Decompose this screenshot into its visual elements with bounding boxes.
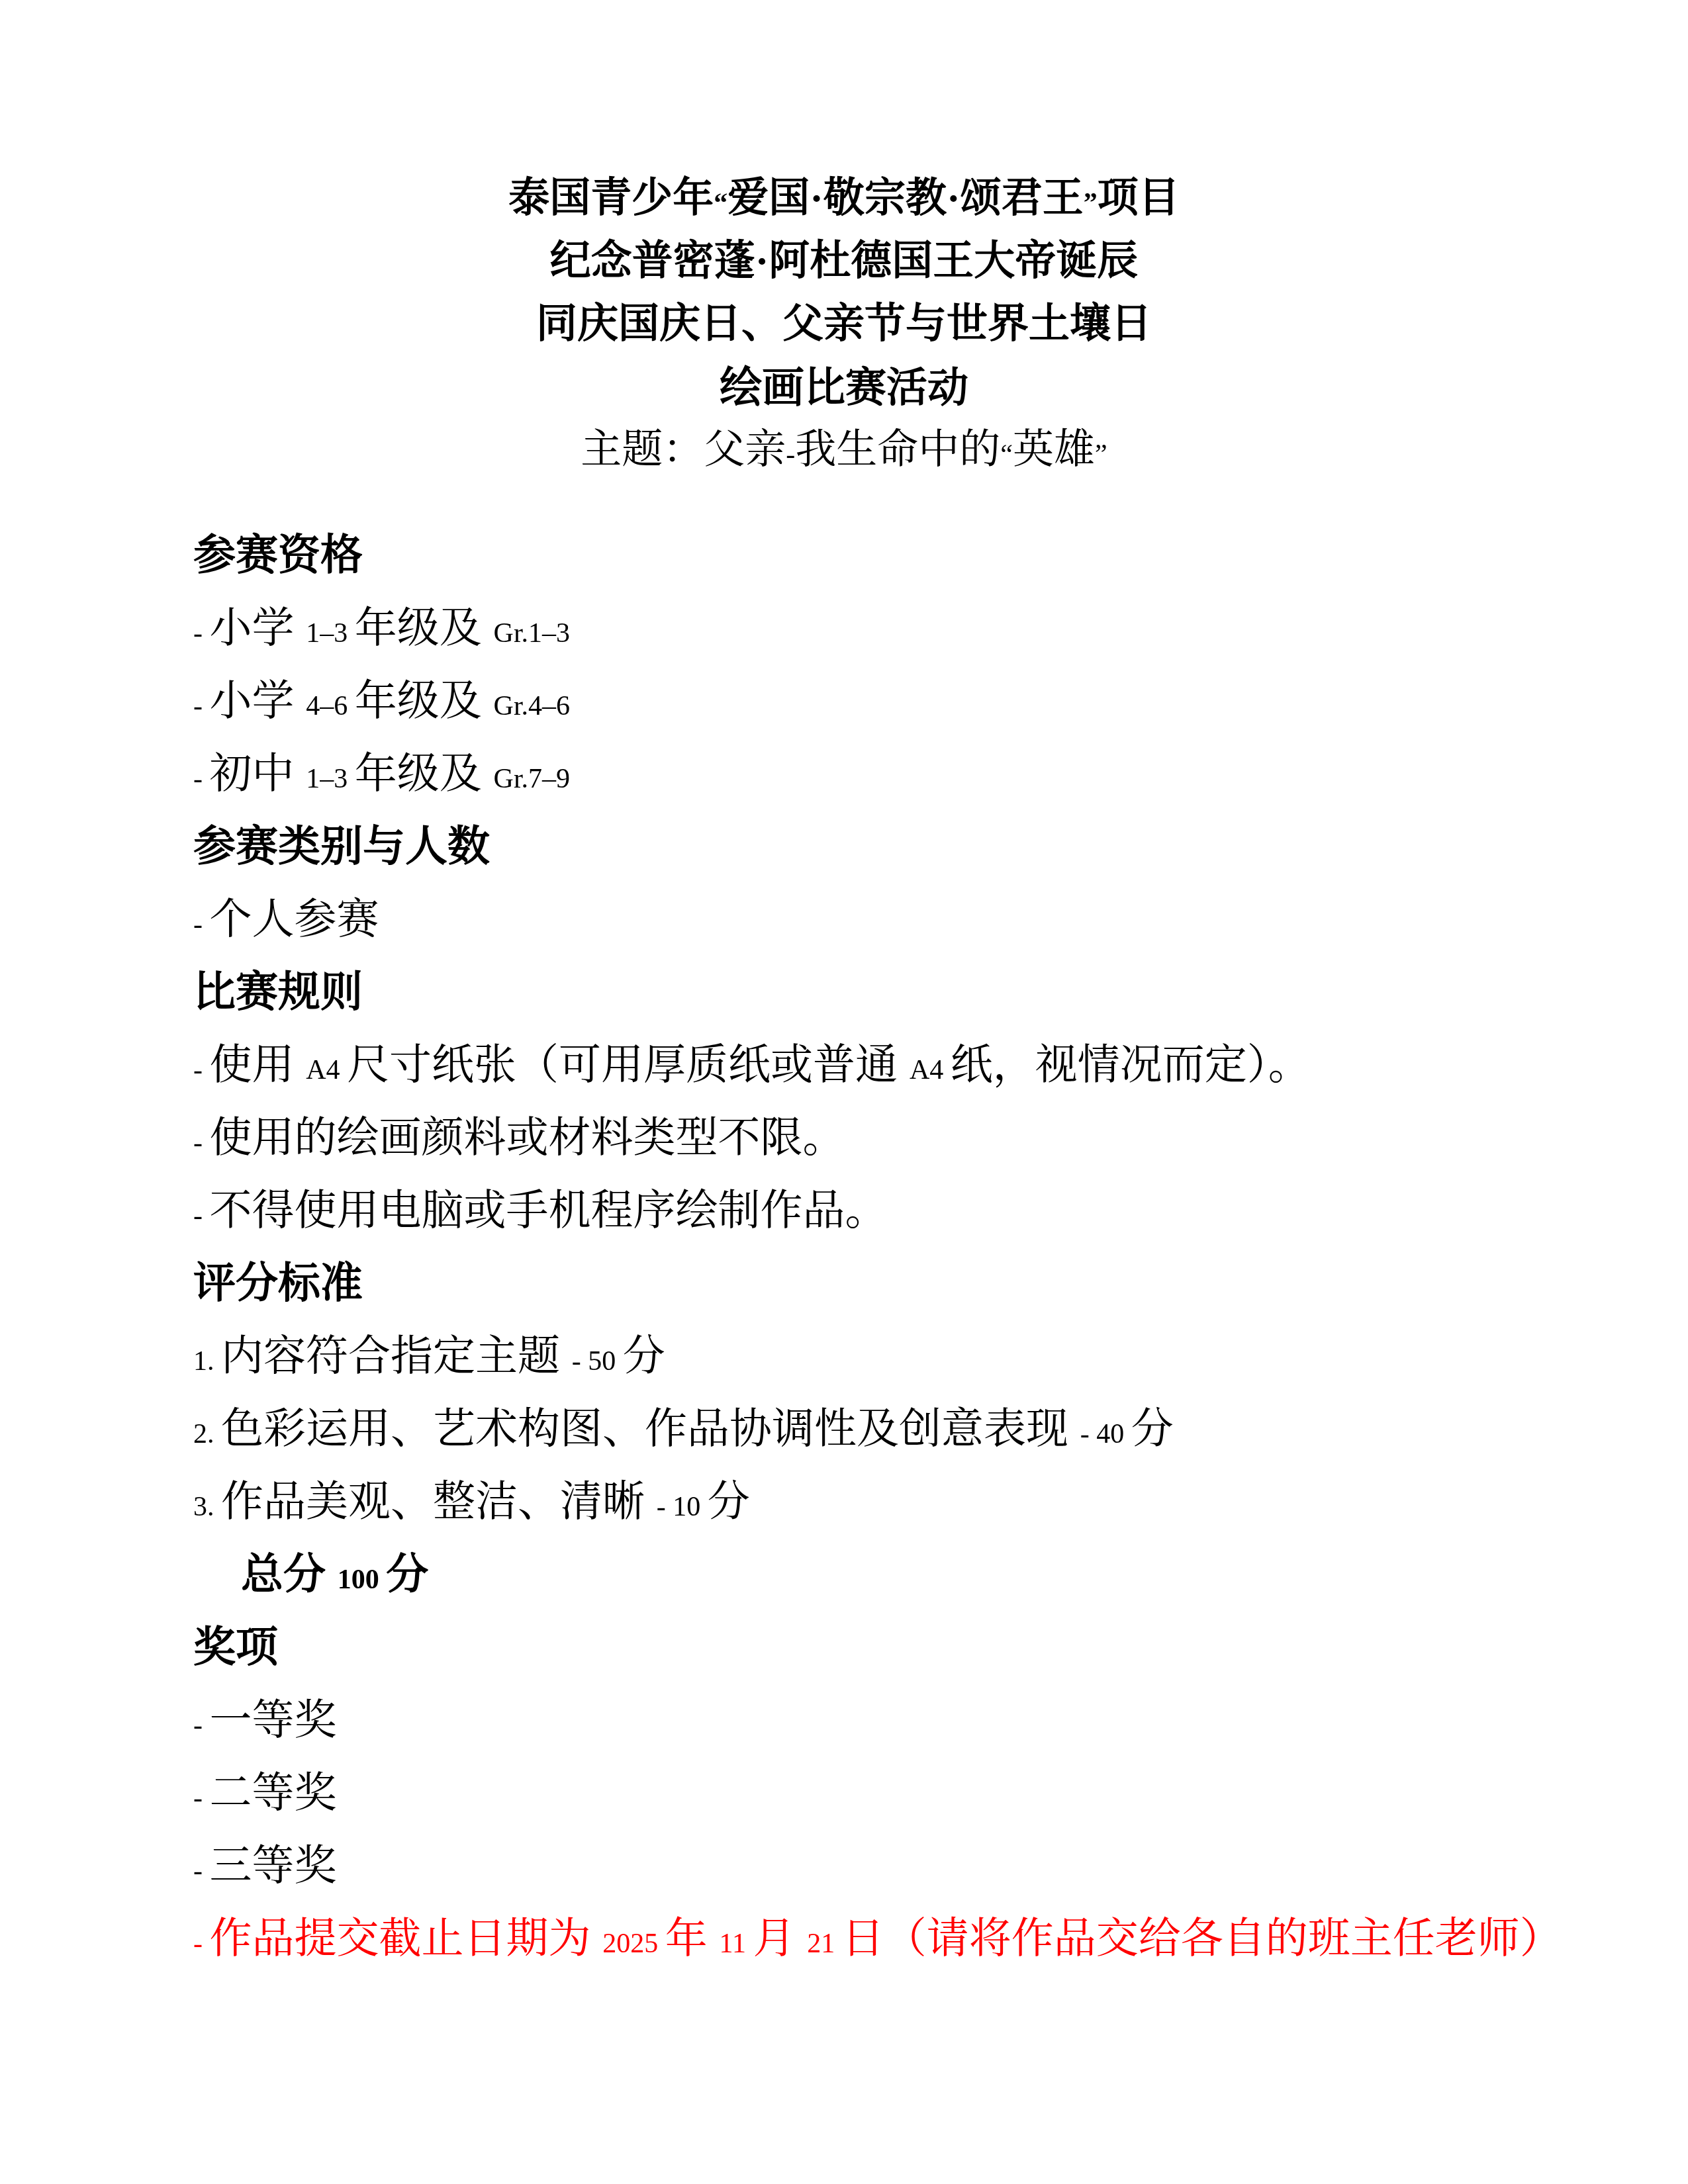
text-segment: 年级及 [355,749,494,797]
text-segment: 色彩运用、艺术构图、作品协调性及创意表现 [221,1404,1080,1452]
heading-category: 参赛类别与人数 [193,809,1529,882]
document-body: 参赛资格- 小学 1–3 年级及 Gr.1–3- 小学 4–6 年级及 Gr.4… [0,518,1688,1974]
deadline-notice: - 作品提交截止日期为 2025 年 11 月 21 日（请将作品交给各自的班主… [193,1901,1529,1974]
text-segment: - [193,1929,210,1959]
text-segment: - [193,1128,210,1158]
text-segment: 日（请将作品交给各自的班主任老师） [842,1914,1562,1962]
text-segment: Gr.7–9 [494,764,571,794]
award-item-1: - 一等奖 [193,1683,1529,1756]
eligibility-item-3: - 初中 1–3 年级及 Gr.7–9 [193,737,1529,809]
title-line-3: 同庆国庆日、父亲节与世界土壤日 [0,293,1688,356]
text-segment: 三等奖 [210,1841,337,1889]
text-segment: 小学 [210,676,306,724]
category-item-1: - 个人参赛 [193,882,1529,955]
text-segment: 一等奖 [210,1696,337,1743]
text-segment: 英雄 [1013,428,1095,473]
text-segment: 21 [807,1929,842,1959]
text-segment: - [193,1055,210,1085]
text-segment: 参赛类别与人数 [193,822,490,870]
text-segment: 绘画 [720,363,804,411]
text-segment: 1. [193,1346,221,1377]
text-segment: 纪念普密蓬·阿杜德国王大帝诞辰 [550,239,1139,284]
text-segment: 主题：父亲 [581,428,786,473]
text-segment: 1–3 [306,764,355,794]
title-line-4: 绘画比赛活动 [0,356,1688,419]
text-segment: 使用的绘画颜料或材料类型不限。 [210,1113,845,1161]
text-segment: 纸，视情况而定）。 [951,1040,1311,1088]
text-segment: 年 [665,1914,720,1962]
text-segment: A4 [910,1055,951,1085]
title-line-2: 纪念普密蓬·阿杜德国王大帝诞辰 [0,230,1688,293]
text-segment: Gr.4–6 [494,691,571,721]
text-segment: “ [714,188,727,218]
rule-item-2: - 使用的绘画颜料或材料类型不限。 [193,1101,1529,1173]
title-line-5: 主题：父亲-我生命中的“英雄” [0,419,1688,482]
criteria-item-2: 2. 色彩运用、艺术构图、作品协调性及创意表现 - 40 分 [193,1392,1529,1465]
text-segment: ” [1084,188,1098,218]
text-segment: ” [1095,439,1107,470]
text-segment: 分 [1131,1404,1174,1452]
text-segment: - 50 [572,1346,623,1377]
text-segment: 年级及 [355,604,494,651]
text-segment: 不得使用电脑或手机程序绘制作品。 [210,1186,888,1234]
text-segment: 分 [386,1550,428,1598]
text-segment: 项目 [1098,176,1180,221]
title-line-1: 泰国青少年“爱国·敬宗教·颂君王”项目 [0,167,1688,230]
text-segment: Gr.1–3 [494,618,571,649]
text-segment: - [193,909,210,940]
text-segment: - [193,1856,210,1886]
text-segment: 4–6 [306,691,355,721]
document-page: 泰国青少年“爱国·敬宗教·颂君王”项目纪念普密蓬·阿杜德国王大帝诞辰同庆国庆日、… [0,0,1688,2184]
text-segment: 爱国·敬宗教·颂君王 [727,176,1083,221]
text-segment: 比赛活动 [804,366,968,411]
text-segment: 11 [720,1929,753,1959]
text-segment: 同庆国庆日、父亲节与世界土壤日 [536,302,1152,347]
text-segment: 2. [193,1419,221,1449]
rule-item-1: - 使用 A4 尺寸纸张（可用厚质纸或普通 A4 纸，视情况而定）。 [193,1028,1529,1101]
award-item-2: - 二等奖 [193,1756,1529,1829]
text-segment: “ [1000,439,1013,470]
text-segment: 评分标准 [193,1259,363,1306]
text-segment: - 10 [657,1492,708,1522]
text-segment: 分 [708,1477,750,1525]
text-segment: 作品提交截止日期为 [210,1914,603,1962]
text-segment: 小学 [210,604,306,651]
heading-eligibility: 参赛资格 [193,518,1529,591]
text-segment: 泰国青少年 [508,176,714,221]
award-item-3: - 三等奖 [193,1829,1529,1901]
text-segment: 比赛规则 [193,968,363,1015]
criteria-item-3: 3. 作品美观、整洁、清晰 - 10 分 [193,1465,1529,1537]
text-segment: 奖项 [193,1623,278,1670]
text-segment: 3. [193,1492,221,1522]
text-segment: 内容符合指定主题 [221,1332,572,1379]
text-segment: 100 [338,1565,387,1595]
text-segment: 分 [623,1332,665,1379]
text-segment: 我生命中的 [795,428,1000,473]
text-segment: 使用 [210,1040,306,1088]
total-score-line: 总分 100 分 [193,1537,1529,1610]
text-segment: 1–3 [306,618,355,649]
criteria-item-1: 1. 内容符合指定主题 - 50 分 [193,1319,1529,1392]
heading-awards: 奖项 [193,1610,1529,1683]
eligibility-item-2: - 小学 4–6 年级及 Gr.4–6 [193,664,1529,737]
heading-criteria: 评分标准 [193,1246,1529,1319]
document-title-block: 泰国青少年“爱国·敬宗教·颂君王”项目纪念普密蓬·阿杜德国王大帝诞辰同庆国庆日、… [0,0,1688,482]
text-segment: 尺寸纸张（可用厚质纸或普通 [347,1040,910,1088]
text-segment: - [193,764,210,794]
text-segment: - [193,1783,210,1813]
text-segment: 初中 [210,749,306,797]
eligibility-item-1: - 小学 1–3 年级及 Gr.1–3 [193,591,1529,664]
text-segment: 个人参赛 [210,895,379,942]
text-segment: - [193,618,210,649]
text-segment: A4 [306,1055,347,1085]
heading-rules: 比赛规则 [193,955,1529,1028]
text-segment: - 40 [1080,1419,1131,1449]
text-segment: - [193,1710,210,1741]
text-segment: 2025 [602,1929,665,1959]
text-segment: 作品美观、整洁、清晰 [221,1477,657,1525]
text-segment: - [786,439,795,470]
text-segment: - [193,1201,210,1231]
text-segment: 二等奖 [210,1768,337,1816]
text-segment: 参赛资格 [193,531,363,578]
text-segment: 月 [753,1914,808,1962]
rule-item-3: - 不得使用电脑或手机程序绘制作品。 [193,1173,1529,1246]
text-segment: 年级及 [355,676,494,724]
text-segment: 总分 [241,1550,338,1598]
text-segment: - [193,691,210,721]
